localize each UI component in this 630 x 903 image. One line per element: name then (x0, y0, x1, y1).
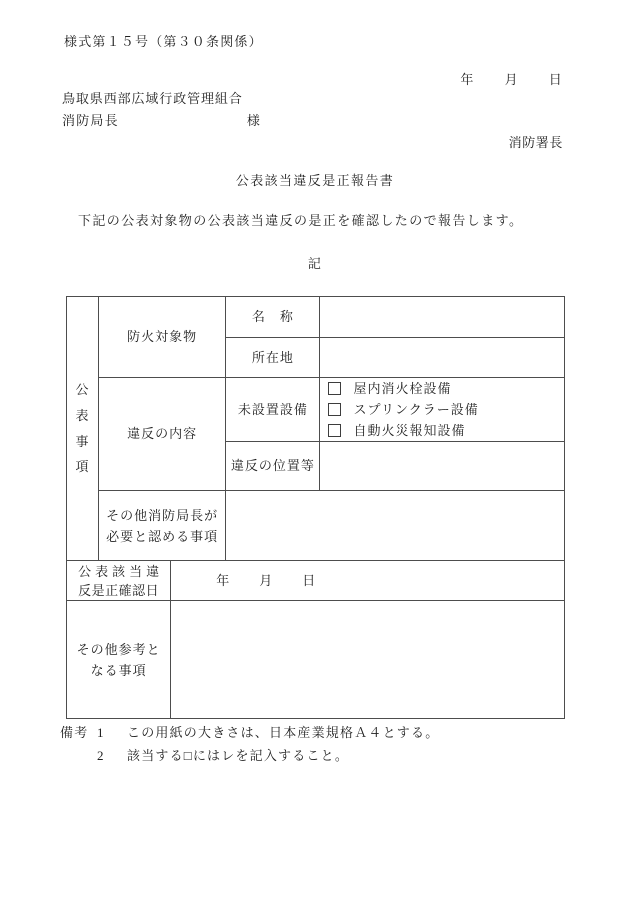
document-page: 様式第１５号（第３０条関係） 年 月 日 鳥取県西部広域行政管理組合 消防局長 … (0, 0, 630, 903)
form-number: 様式第１５号（第３０条関係） (64, 35, 263, 50)
location-value-cell (320, 442, 565, 491)
remark-text-1: この用紙の大きさは、日本産業規格Ａ４とする。 (127, 721, 439, 744)
name-label-cell: 名 称 (226, 297, 320, 338)
remarks-label-spacer (60, 744, 97, 767)
remark-number-1: 1 (97, 721, 127, 744)
other-reference-label-line2: なる事項 (67, 660, 170, 681)
other-chief-label-cell: その他消防局長が 必要と認める事項 (99, 491, 226, 561)
recipient-line: 消防局長 様 (62, 114, 261, 129)
checkbox-icon[interactable] (328, 403, 341, 416)
date-month-label: 月 (505, 73, 519, 88)
row-group-char-3: 事 (76, 434, 90, 450)
confirm-date-label-cell: 公表該当違 反是正確認日 (67, 561, 171, 601)
row-group-label-cell: 公 表 事 項 (67, 297, 99, 561)
confirm-date-label-line1: 公表該当違 (67, 562, 170, 581)
equipment-option-label-2: スプリンクラー設備 (353, 402, 478, 418)
fire-object-label-cell: 防火対象物 (99, 297, 226, 378)
remarks-label: 備考 (60, 721, 97, 744)
body-text: 下記の公表対象物の公表該当違反の是正を確認したので報告します。 (78, 214, 523, 229)
remark-number-2: 2 (97, 744, 127, 767)
other-chief-value-cell (226, 491, 565, 561)
remark-text-2: 該当する□にはレを記入すること。 (127, 744, 349, 767)
other-reference-label-cell: その他参考と なる事項 (67, 601, 171, 719)
recipient-org: 鳥取県西部広域行政管理組合 (62, 92, 243, 107)
section-marker: 記 (0, 257, 630, 272)
row-group-label: 公 表 事 項 (67, 382, 98, 474)
other-reference-label-line1: その他参考と (67, 639, 170, 660)
equipment-option-2: スプリンクラー設備 (320, 399, 564, 420)
checkbox-icon[interactable] (328, 382, 341, 395)
confirm-date-inline: 年 月 日 (171, 573, 564, 589)
form-table: 公 表 事 項 防火対象物 名 称 所在地 違反の内容 未設置設備 (66, 296, 565, 719)
sender-title: 消防署長 (509, 136, 563, 151)
document-title: 公表該当違反是正報告書 (0, 174, 630, 189)
violation-label-cell: 違反の内容 (99, 378, 226, 491)
equipment-options-cell: 屋内消火栓設備 スプリンクラー設備 自動火災報知設備 (320, 378, 565, 442)
recipient-title: 消防局長 (62, 114, 119, 129)
equipment-option-label-1: 屋内消火栓設備 (353, 381, 451, 397)
row-group-char-1: 公 (76, 382, 90, 398)
checkbox-icon[interactable] (328, 424, 341, 437)
address-value-cell (320, 338, 565, 378)
date-year-label: 年 (460, 73, 474, 88)
confirm-month-label: 月 (259, 573, 273, 589)
other-chief-label-line2: 必要と認める事項 (99, 526, 225, 547)
equipment-option-3: 自動火災報知設備 (320, 420, 564, 441)
remarks: 備考 1 この用紙の大きさは、日本産業規格Ａ４とする。 2 該当する□にはレを記… (60, 721, 439, 767)
recipient-honorific: 様 (247, 114, 261, 129)
row-group-char-4: 項 (76, 459, 90, 475)
other-chief-label-line1: その他消防局長が (99, 505, 225, 526)
header-date-line: 年 月 日 (460, 73, 563, 88)
confirm-year-label: 年 (216, 573, 230, 589)
equipment-option-1: 屋内消火栓設備 (320, 378, 564, 399)
remark-item-2: 2 該当する□にはレを記入すること。 (60, 744, 439, 767)
other-reference-value-cell (171, 601, 565, 719)
location-label-cell: 違反の位置等 (226, 442, 320, 491)
address-label-cell: 所在地 (226, 338, 320, 378)
date-day-label: 日 (549, 73, 563, 88)
confirm-date-label-line2: 反是正確認日 (67, 581, 170, 600)
remark-item-1: 備考 1 この用紙の大きさは、日本産業規格Ａ４とする。 (60, 721, 439, 744)
equipment-option-label-3: 自動火災報知設備 (353, 423, 465, 439)
uninstalled-label-cell: 未設置設備 (226, 378, 320, 442)
row-group-char-2: 表 (76, 408, 90, 424)
name-value-cell (320, 297, 565, 338)
confirm-date-value-cell: 年 月 日 (171, 561, 565, 601)
confirm-day-label: 日 (302, 573, 316, 589)
